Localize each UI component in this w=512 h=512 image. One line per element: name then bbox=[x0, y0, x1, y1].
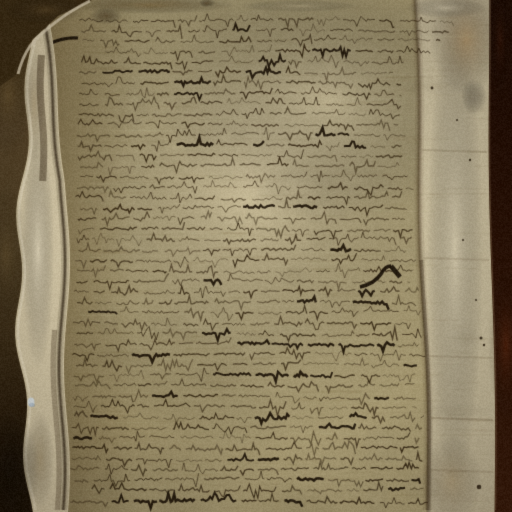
manuscript-canvas bbox=[0, 0, 512, 512]
manuscript-photo bbox=[0, 0, 512, 512]
